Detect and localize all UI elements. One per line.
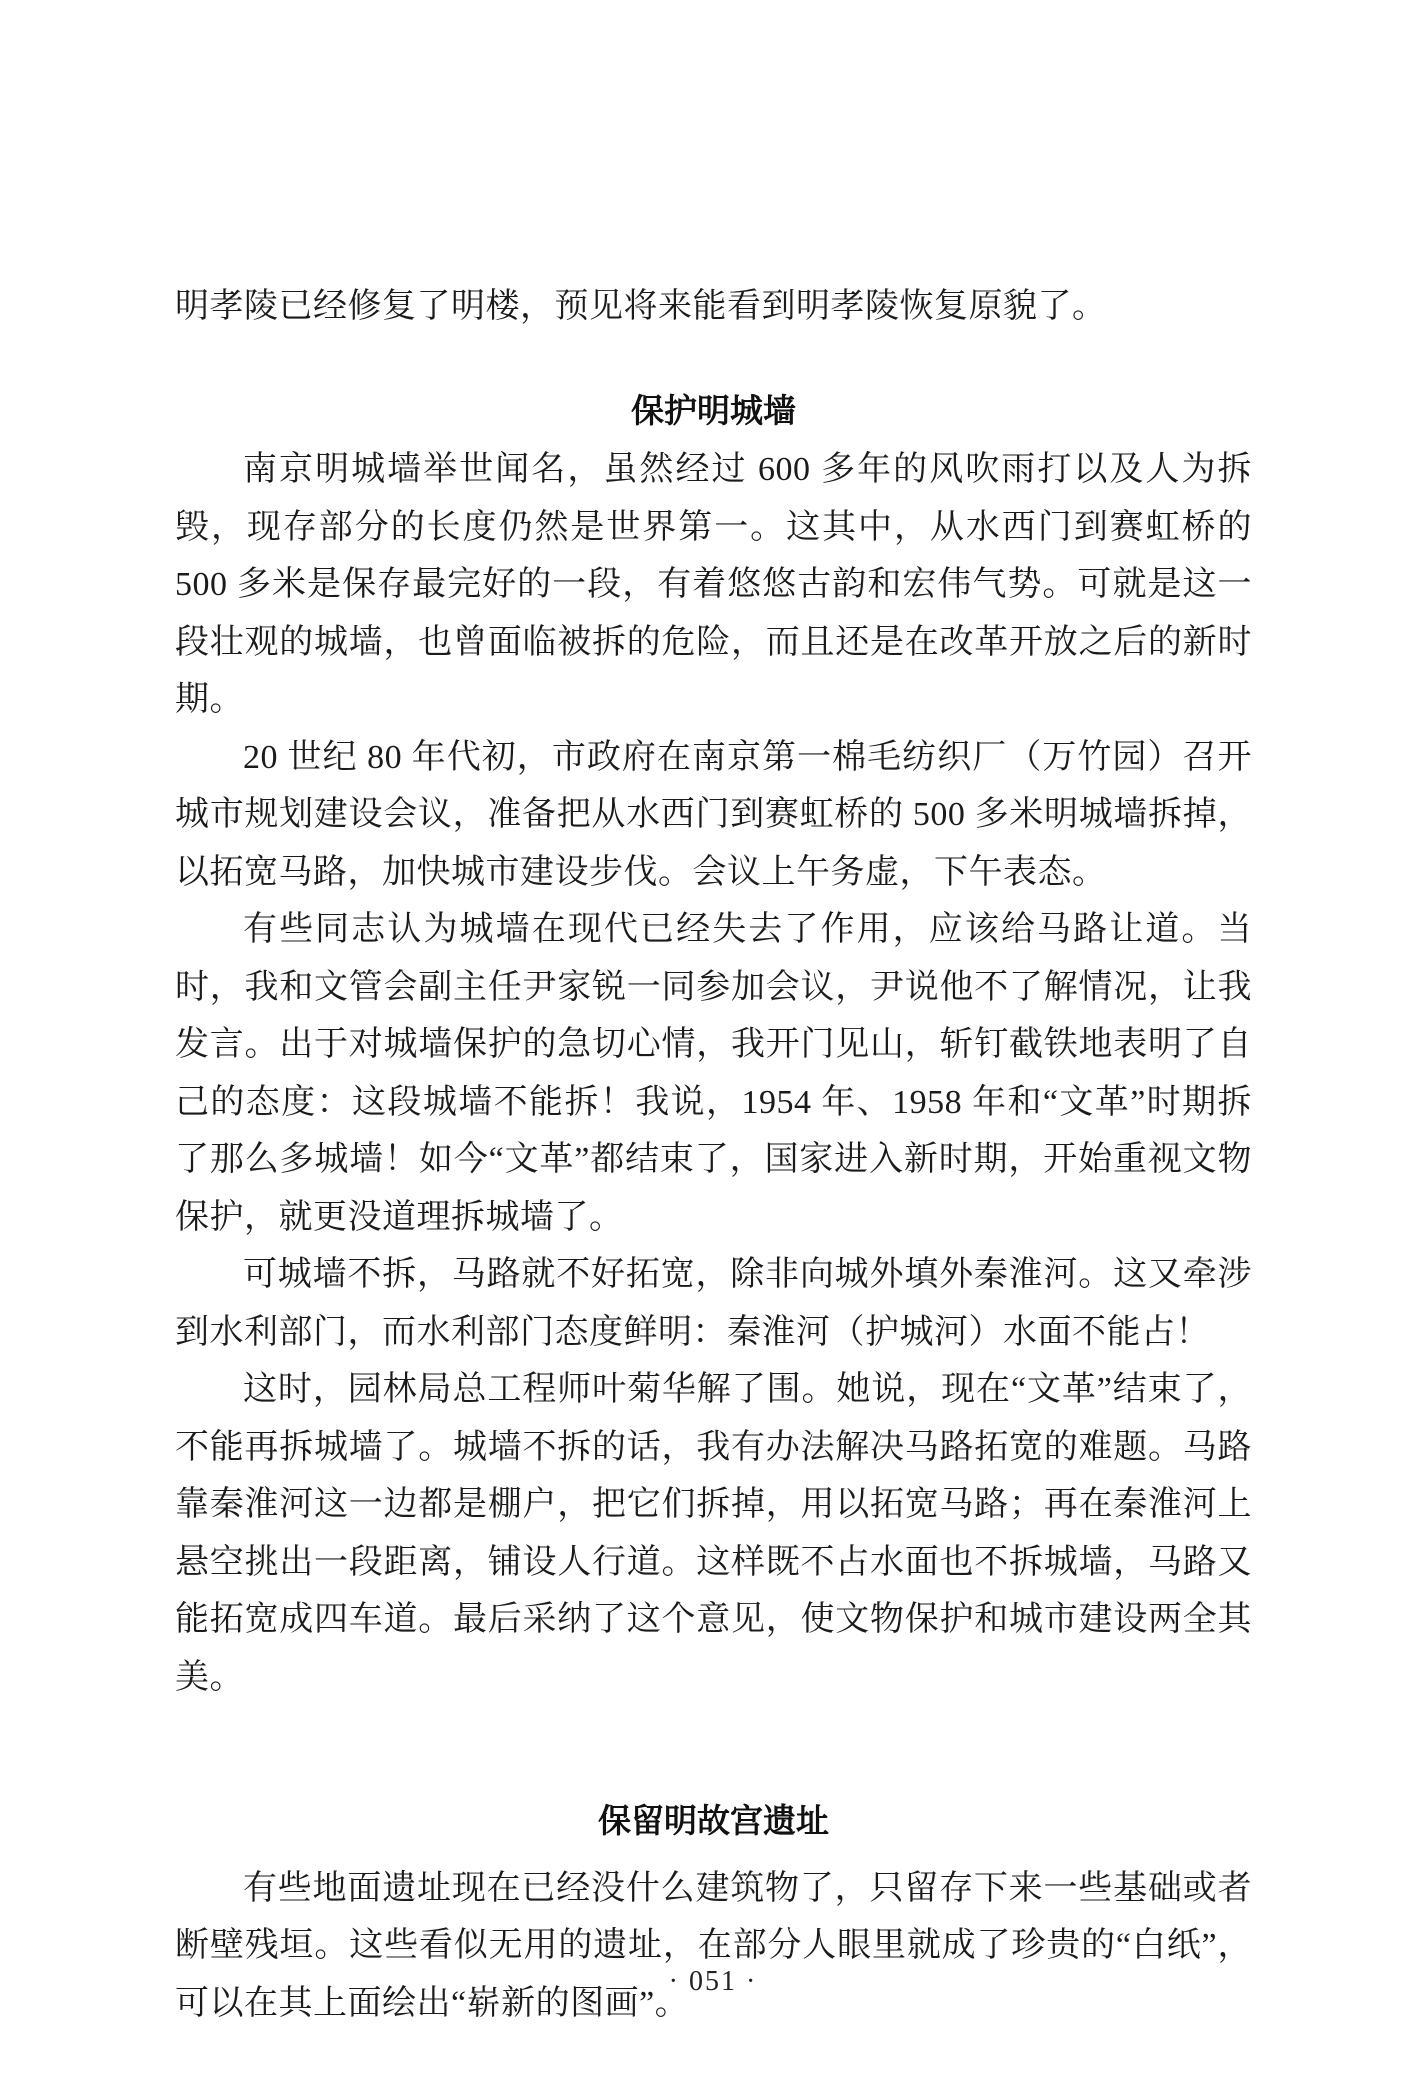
section1-paragraph-4: 可城墙不拆，马路就不好拓宽，除非向城外填外秦淮河。这又牵涉到水利部门，而水利部门… [175, 1246, 1252, 1361]
section1-paragraph-3: 有些同志认为城墙在现代已经失去了作用，应该给马路让道。当时，我和文管会副主任尹家… [175, 901, 1252, 1246]
book-page: 明孝陵已经修复了明楼，预见将来能看到明孝陵恢复原貌了。 保护明城墙 南京明城墙举… [0, 0, 1426, 2095]
section1-paragraph-2: 20 世纪 80 年代初，市政府在南京第一棉毛纺织厂（万竹园）召开城市规划建设会… [175, 729, 1252, 902]
section-heading-preserve-ming-palace-ruins: 保留明故宫遗址 [175, 1792, 1252, 1850]
section2-paragraph-1: 有些地面遗址现在已经没什么建筑物了，只留存下来一些基础或者断壁残垣。这些看似无用… [175, 1860, 1252, 2033]
page-number: · 051 · [0, 1962, 1426, 2002]
section1-paragraph-1: 南京明城墙举世闻名，虽然经过 600 多年的风吹雨打以及人为拆毁，现存部分的长度… [175, 441, 1252, 729]
section-heading-protect-ming-city-wall: 保护明城墙 [175, 382, 1252, 440]
section1-paragraph-5: 这时，园林局总工程师叶菊华解了围。她说，现在“文革”结束了，不能再拆城墙了。城墙… [175, 1361, 1252, 1706]
text-block: 明孝陵已经修复了明楼，预见将来能看到明孝陵恢复原貌了。 保护明城墙 南京明城墙举… [175, 278, 1252, 2032]
continuation-paragraph: 明孝陵已经修复了明楼，预见将来能看到明孝陵恢复原貌了。 [175, 278, 1252, 336]
